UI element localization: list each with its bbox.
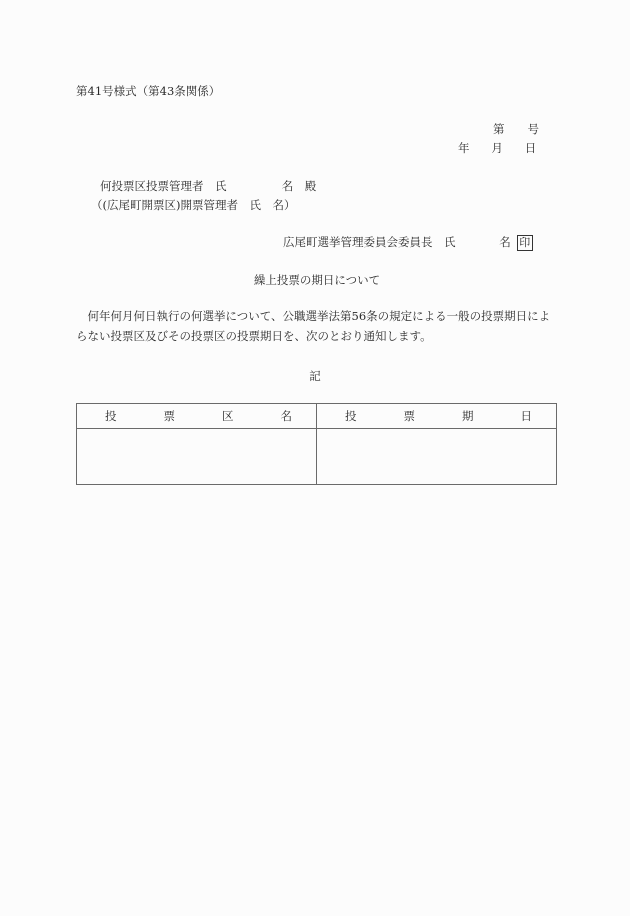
- cell-polling-district-name: [77, 429, 317, 485]
- doc-number-prefix: 第: [493, 122, 505, 136]
- document-number: 第号: [493, 122, 539, 136]
- header-char: 投: [105, 404, 117, 428]
- polling-table: 投 票 区 名 投 票 期 日: [76, 403, 557, 485]
- table-header-row: 投 票 区 名 投 票 期 日: [77, 404, 557, 429]
- addressee-title: 何投票区投票管理者: [100, 179, 204, 193]
- addressee-line-2: （(広尾町開票区)開票管理者 氏 名）: [91, 198, 295, 212]
- cell-polling-date: [317, 429, 557, 485]
- date-month: 月: [491, 141, 503, 155]
- table-row: [77, 429, 557, 485]
- addressee-line-1: 何投票区投票管理者氏名殿: [100, 179, 316, 193]
- sender-title: 広尾町選挙管理委員会委員長: [283, 235, 433, 249]
- header-char: 名: [281, 404, 293, 428]
- sender-line: 広尾町選挙管理委員会委員長氏名印: [283, 235, 533, 251]
- date-year: 年: [458, 141, 470, 155]
- header-char: 期: [462, 404, 474, 428]
- header-polling-date: 投 票 期 日: [317, 404, 557, 429]
- header-char: 票: [404, 404, 416, 428]
- sender-name-a: 氏: [444, 235, 456, 249]
- addressee-name-a: 氏: [215, 179, 227, 193]
- header-char: 区: [222, 404, 234, 428]
- header-char: 日: [521, 404, 533, 428]
- header-polling-district-name: 投 票 区 名: [77, 404, 317, 429]
- addressee-honorific: 殿: [305, 179, 317, 193]
- header-char: 投: [345, 404, 357, 428]
- sender-name-b: 名: [499, 235, 511, 249]
- addressee-name-b: 名: [282, 179, 294, 193]
- doc-number-suffix: 号: [528, 122, 540, 136]
- seal-stamp-box: 印: [517, 235, 533, 251]
- document-date: 年月日: [458, 141, 536, 155]
- header-char: 票: [164, 404, 176, 428]
- body-paragraph: 何年何月何日執行の何選挙について、公職選挙法第56条の規定による一般の投票期日に…: [76, 306, 556, 346]
- date-day: 日: [525, 141, 537, 155]
- document-title: 繰上投票の期日について: [0, 273, 630, 287]
- form-number: 第41号様式（第43条関係）: [76, 84, 220, 98]
- note-heading: 記: [0, 369, 630, 383]
